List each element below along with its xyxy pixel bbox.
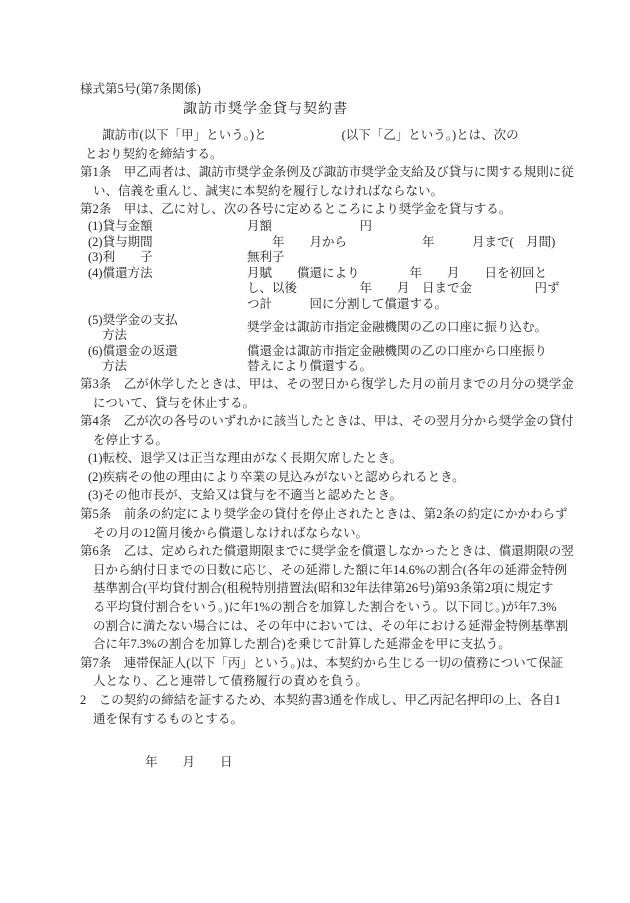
preamble-line-1: 諏訪市(以下「甲」という。)と (以下「乙」という。)とは、次の: [102, 126, 560, 145]
document-title: 諏訪市奨学金貸与契約書: [183, 99, 560, 121]
date-line: 年 月 日: [145, 753, 560, 772]
article-6: 第6条 乙は、定められた償還期限までに奨学金を償還しなかったときは、償還期限の翌…: [80, 542, 560, 654]
item-loan-amount-value: 月額 円: [247, 219, 560, 235]
article-4-item-3: (3)その他市長が、支給又は貸与を不適当と認めたとき。: [88, 486, 560, 505]
closing-clause-line-1: 2 この契約の締結を証するため、本契約書3通を作成し、甲乙丙記名押印の上、各自1: [80, 691, 560, 710]
article-4-item-1: (1)転校、退学又は正当な理由がなく長期欠席したとき。: [88, 449, 560, 468]
item-return-method-value: 償還金は諏訪市指定金融機関の乙の口座から口座振り 替えにより償還する。: [247, 344, 560, 375]
item-loan-period-label: (2)貸与期間: [88, 235, 247, 251]
article-2-items: (1)貸与金額 月額 円 (2)貸与期間 年 月から 年 月まで( 月間) (3…: [88, 219, 560, 375]
article-1-line-2: い、信義を重んじ、誠実に本契約を履行しなければならない。: [93, 182, 560, 201]
item-return-method-label: (6)償還金の返還 方法: [88, 344, 247, 375]
article-4: 第4条 乙が次の各号のいずれかに該当したときは、甲は、その翌月分から奨学金の貸付…: [80, 412, 560, 505]
item-loan-amount: (1)貸与金額 月額 円: [88, 219, 560, 235]
item-return-method-value-line-2: 替えにより償還する。: [247, 359, 560, 375]
item-loan-amount-label: (1)貸与金額: [88, 219, 247, 235]
item-payment-method-label: (5)奨学金の支払 方法: [88, 313, 247, 344]
article-2: 第2条 甲は、乙に対し、次の各号に定めるところにより奨学金を貸与する。: [80, 200, 560, 219]
article-3-line-2: について、貸与を休止する。: [93, 394, 560, 413]
article-6-line-5: の割合に満たない場合には、その年中においては、その年における延滞金特例基準割: [93, 617, 560, 636]
article-3: 第3条 乙が休学したときは、甲は、その翌日から復学した月の前月までの月分の奨学金…: [80, 375, 560, 412]
article-5: 第5条 前条の約定により奨学金の貸付を停止されたときは、第2条の約定にかかわらず…: [80, 505, 560, 542]
article-6-line-6: 合に年7.3%の割合を加算した割合)を乗じて計算した延滞金を甲に支払う。: [93, 635, 560, 654]
article-1-line-1: 第1条 甲乙両者は、諏訪市奨学金条例及び諏訪市奨学金支給及び貸与に関する規則に従: [80, 163, 560, 182]
preamble-line-2: とおり契約を締結する。: [85, 145, 560, 164]
item-payment-method-label-line-1: (5)奨学金の支払: [88, 313, 247, 329]
article-5-line-1: 第5条 前条の約定により奨学金の貸付を停止されたときは、第2条の約定にかかわらず: [80, 505, 560, 524]
item-return-method: (6)償還金の返還 方法 償還金は諏訪市指定金融機関の乙の口座から口座振り 替え…: [88, 344, 560, 375]
item-return-method-value-line-1: 償還金は諏訪市指定金融機関の乙の口座から口座振り: [247, 344, 560, 360]
item-repayment-method-value-line-3: つ計 回に分割して償還する。: [247, 297, 560, 313]
article-4-line-1: 第4条 乙が次の各号のいずれかに該当したときは、甲は、その翌月分から奨学金の貸付: [80, 412, 560, 431]
item-repayment-method-value: 月賦 償還により 年 月 日を初回と し、以後 年 月 日まで金 円ず つ計 回…: [247, 266, 560, 313]
item-repayment-method-label: (4)償還方法: [88, 266, 247, 282]
closing-clause: 2 この契約の締結を証するため、本契約書3通を作成し、甲乙丙記名押印の上、各自1…: [80, 691, 560, 728]
form-number-label: 様式第5号(第7条関係): [80, 80, 560, 99]
item-return-method-label-line-1: (6)償還金の返還: [88, 344, 247, 360]
item-return-method-label-line-2: 方法: [102, 359, 247, 375]
article-7-line-1: 第7条 連帯保証人(以下「丙」という。)は、本契約から生じる一切の債務について保…: [80, 654, 560, 673]
preamble: 諏訪市(以下「甲」という。)と (以下「乙」という。)とは、次の とおり契約を締…: [80, 126, 560, 163]
article-4-items: (1)転校、退学又は正当な理由がなく長期欠席したとき。 (2)疾病その他の理由に…: [88, 449, 560, 505]
article-7-line-2: 人となり、乙と連帯して債務履行の責めを負う。: [93, 672, 560, 691]
article-6-line-2: 日から納付日までの日数に応じ、その延滞した額に年14.6%の割合(各年の延滞金特…: [93, 561, 560, 580]
item-payment-method: (5)奨学金の支払 方法 奨学金は諏訪市指定金融機関の乙の口座に振り込む。: [88, 313, 560, 344]
item-repayment-method-value-line-2: し、以後 年 月 日まで金 円ず: [247, 281, 560, 297]
contract-document-page: 様式第5号(第7条関係) 諏訪市奨学金貸与契約書 諏訪市(以下「甲」という。)と…: [0, 0, 630, 903]
item-loan-period-value: 年 月から 年 月まで( 月間): [247, 235, 560, 251]
item-payment-method-label-line-2: 方法: [102, 328, 247, 344]
item-payment-method-value: 奨学金は諏訪市指定金融機関の乙の口座に振り込む。: [247, 320, 560, 336]
closing-clause-line-2: 通を保有するものとする。: [93, 710, 560, 729]
article-4-item-2: (2)疾病その他の理由により卒業の見込みがないと認められるとき。: [88, 468, 560, 487]
item-repayment-method-value-line-1: 月賦 償還により 年 月 日を初回と: [247, 266, 560, 282]
item-loan-period: (2)貸与期間 年 月から 年 月まで( 月間): [88, 235, 560, 251]
article-3-line-1: 第3条 乙が休学したときは、甲は、その翌日から復学した月の前月までの月分の奨学金: [80, 375, 560, 394]
article-6-line-4: る平均貸付割合をいう。)に年1%の割合を加算した割合をいう。以下同じ。)が年7.…: [93, 598, 560, 617]
item-repayment-method: (4)償還方法 月賦 償還により 年 月 日を初回と し、以後 年 月 日まで金…: [88, 266, 560, 313]
article-4-line-2: を停止する。: [93, 431, 560, 450]
article-6-line-1: 第6条 乙は、定められた償還期限までに奨学金を償還しなかったときは、償還期限の翌: [80, 542, 560, 561]
article-1: 第1条 甲乙両者は、諏訪市奨学金条例及び諏訪市奨学金支給及び貸与に関する規則に従…: [80, 163, 560, 200]
article-6-line-3: 基準割合(平均貸付割合(租税特別措置法(昭和32年法律第26号)第93条第2項に…: [93, 579, 560, 598]
item-interest-label: (3)利 子: [88, 250, 247, 266]
article-2-line-1: 第2条 甲は、乙に対し、次の各号に定めるところにより奨学金を貸与する。: [80, 200, 560, 219]
item-interest: (3)利 子 無利子: [88, 250, 560, 266]
article-5-line-2: その月の12箇月後から償還しなければならない。: [93, 524, 560, 543]
item-interest-value: 無利子: [247, 250, 560, 266]
article-7: 第7条 連帯保証人(以下「丙」という。)は、本契約から生じる一切の債務について保…: [80, 654, 560, 691]
